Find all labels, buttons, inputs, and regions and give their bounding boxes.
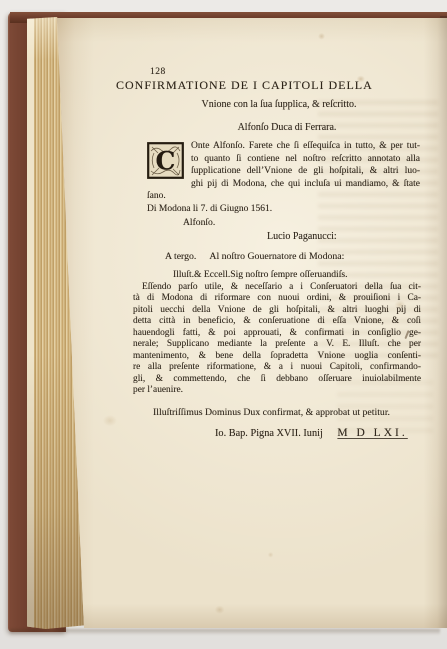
- letter-line: to quanto ſi contiene nel noſtro reſcrit…: [147, 153, 420, 166]
- letter-line: Onte Alfonſo. Farete che ſi eſſequiſca i…: [147, 140, 420, 153]
- book-page: 128 CONFIRMATIONE DE I CAPITOLI DELLA Vn…: [55, 18, 447, 628]
- petition-line: re alla preſente riformatione, & a i nuo…: [133, 362, 421, 374]
- page-subtitle: Vnione con la ſua ſupplica, & reſcritto.: [116, 99, 418, 110]
- text-block: 128 CONFIRMATIONE DE I CAPITOLI DELLA Vn…: [116, 67, 418, 439]
- section-heading: Alfonſo Duca di Ferrara.: [116, 122, 418, 133]
- book-shadow: [10, 629, 440, 635]
- dateline: Io. Bap. Pigna XVII. Iunij M D LXI.: [215, 427, 418, 439]
- petition-line: Eſſendo parſo utile, & neceſſario a i Co…: [133, 282, 421, 294]
- letter-line: ghi pij di Modona, che qui incluſa ui ma…: [147, 178, 420, 203]
- petition-line: nerale; Supplicano mediante la preſente …: [133, 339, 421, 351]
- petition-line: gli, & commettendo, che ſi debbano oſſer…: [133, 374, 421, 386]
- page-title: CONFIRMATIONE DE I CAPITOLI DELLA: [116, 78, 418, 92]
- petition-line: tà di Modona di riformare con nuoui ordi…: [133, 293, 421, 305]
- chancellor-signature: Io. Bap. Pigna XVII. Iunij: [215, 428, 323, 439]
- petition-line: mantenimento, & bene della ſopradetta Vn…: [133, 351, 421, 363]
- year-roman-numerals: M D LXI.: [337, 427, 407, 439]
- a-tergo-row: A tergo. Al noſtro Gouernatore di Modona…: [165, 251, 418, 262]
- ducal-letter-paragraph: C Onte Alfonſo. Farete che ſi eſſequiſca…: [147, 140, 420, 216]
- letter-line: ſupplicatione dell’Vnione de gli hoſpita…: [147, 165, 420, 178]
- a-tergo-label: A tergo.: [165, 251, 196, 262]
- letter-signature: Alfonſo.: [183, 217, 418, 228]
- woodcut-initial-icon: C: [147, 142, 184, 179]
- petition-salutation: Illuſt.& Eccell.Sig noſtro ſempre oſſeru…: [173, 269, 418, 280]
- petition-line: pitoli uecchi della Vnione de gli hoſpit…: [133, 305, 421, 317]
- petition-paragraph: Eſſendo parſo utile, & neceſſario a i Co…: [133, 282, 421, 397]
- petition-line: per l’auenire.: [133, 385, 421, 397]
- letter-line: Di Modona li 7. di Giugno 1561.: [147, 203, 420, 216]
- ducal-decree: Illuſtriſſimus Dominus Dux confirmat, & …: [153, 407, 418, 418]
- letter-countersignature: Lucio Paganucci:: [267, 231, 418, 242]
- page-number: 128: [150, 67, 418, 77]
- petition-line: detta città in beneficio, & conſeruation…: [133, 316, 421, 328]
- a-tergo-address: Al noſtro Gouernatore di Modona:: [209, 251, 344, 262]
- petition-line: hauendogli fatti, & poi approuati, & con…: [133, 328, 421, 340]
- drop-cap-letter: C: [156, 147, 176, 176]
